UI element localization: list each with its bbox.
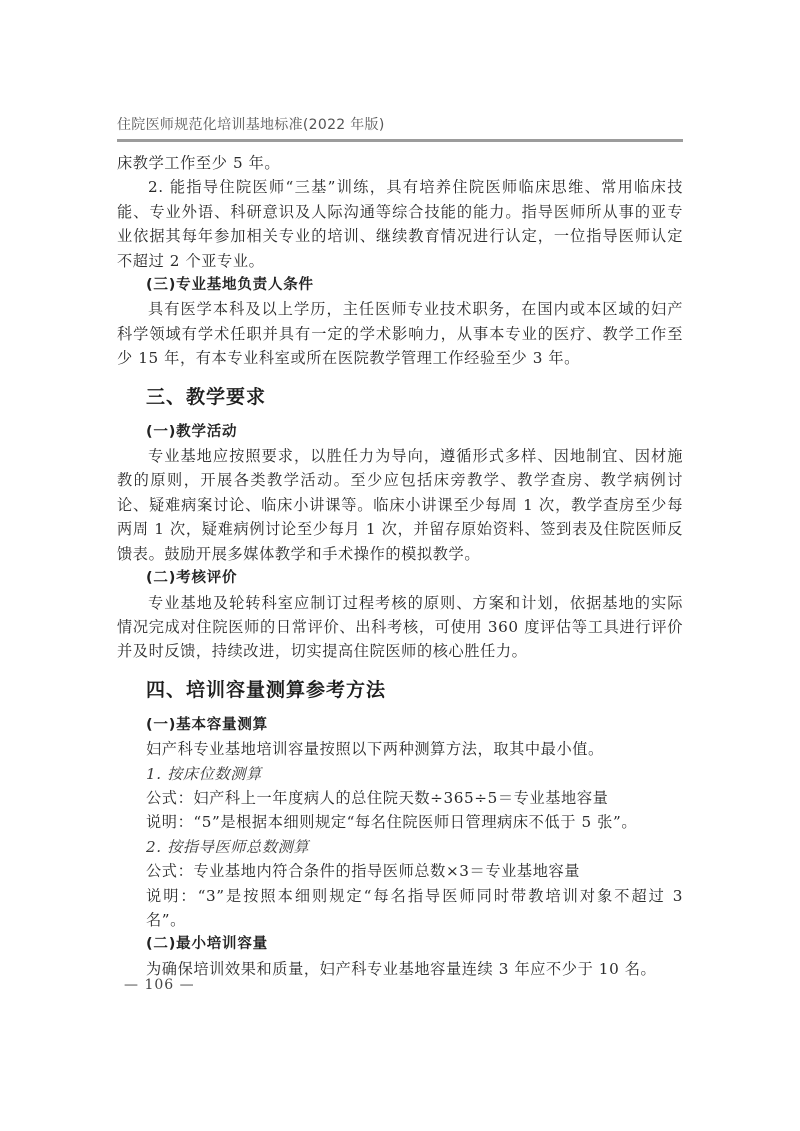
method-1-note: 说明：“5”是根据本细则规定“每名住院医师日管理病床不低于 5 张”。 xyxy=(117,810,683,834)
page-body: 床教学工作至少 5 年。 2. 能指导住院医师“三基”训练，具有培养住院医师临床… xyxy=(117,151,683,981)
header-rule-divider xyxy=(117,139,683,142)
paragraph-director-requirements: 具有医学本科及以上学历，主任医师专业技术职务，在国内或本区域的妇产科学领域有学术… xyxy=(117,297,683,370)
subheading-assessment: (二)考核评价 xyxy=(117,566,683,590)
subheading-minimum-capacity: (二)最小培训容量 xyxy=(117,932,683,956)
paragraph-teaching-activities: 专业基地应按照要求，以胜任力为导向，遵循形式多样、因地制宜、因材施教的原则，开展… xyxy=(117,444,683,566)
method-2-title: 2. 按指导医师总数测算 xyxy=(117,835,683,859)
method-2-note: 说明：“3”是按照本细则规定“每名指导医师同时带教培训对象不超过 3 名”。 xyxy=(117,884,683,933)
paragraph-minimum-capacity: 为确保培训效果和质量，妇产科专业基地容量连续 3 年应不少于 10 名。 xyxy=(117,957,683,981)
method-2-formula: 公式：专业基地内符合条件的指导医师总数×3＝专业基地容量 xyxy=(117,859,683,883)
running-header: 住院医师规范化培训基地标准(2022 年版) xyxy=(117,114,683,142)
running-header-title: 住院医师规范化培训基地标准(2022 年版) xyxy=(117,114,385,134)
paragraph-item-2: 2. 能指导住院医师“三基”训练，具有培养住院医师临床思维、常用临床技能、专业外… xyxy=(117,175,683,273)
paragraph-continuation: 床教学工作至少 5 年。 xyxy=(117,151,683,175)
section-heading-teaching-requirements: 三、教学要求 xyxy=(117,384,683,410)
section-heading-capacity-calculation: 四、培训容量测算参考方法 xyxy=(117,677,683,703)
subheading-basic-capacity: (一)基本容量测算 xyxy=(117,713,683,737)
paragraph-basic-capacity-intro: 妇产科专业基地培训容量按照以下两种测算方法，取其中最小值。 xyxy=(117,737,683,761)
subheading-teaching-activities: (一)教学活动 xyxy=(117,420,683,444)
subheading-director-requirements: (三)专业基地负责人条件 xyxy=(117,273,683,297)
method-1-formula: 公式：妇产科上一年度病人的总住院天数÷365÷5＝专业基地容量 xyxy=(117,786,683,810)
method-1-title: 1. 按床位数测算 xyxy=(117,762,683,786)
page-number: — 106 — xyxy=(124,977,195,993)
paragraph-assessment: 专业基地及轮转科室应制订过程考核的原则、方案和计划，依据基地的实际情况完成对住院… xyxy=(117,591,683,664)
